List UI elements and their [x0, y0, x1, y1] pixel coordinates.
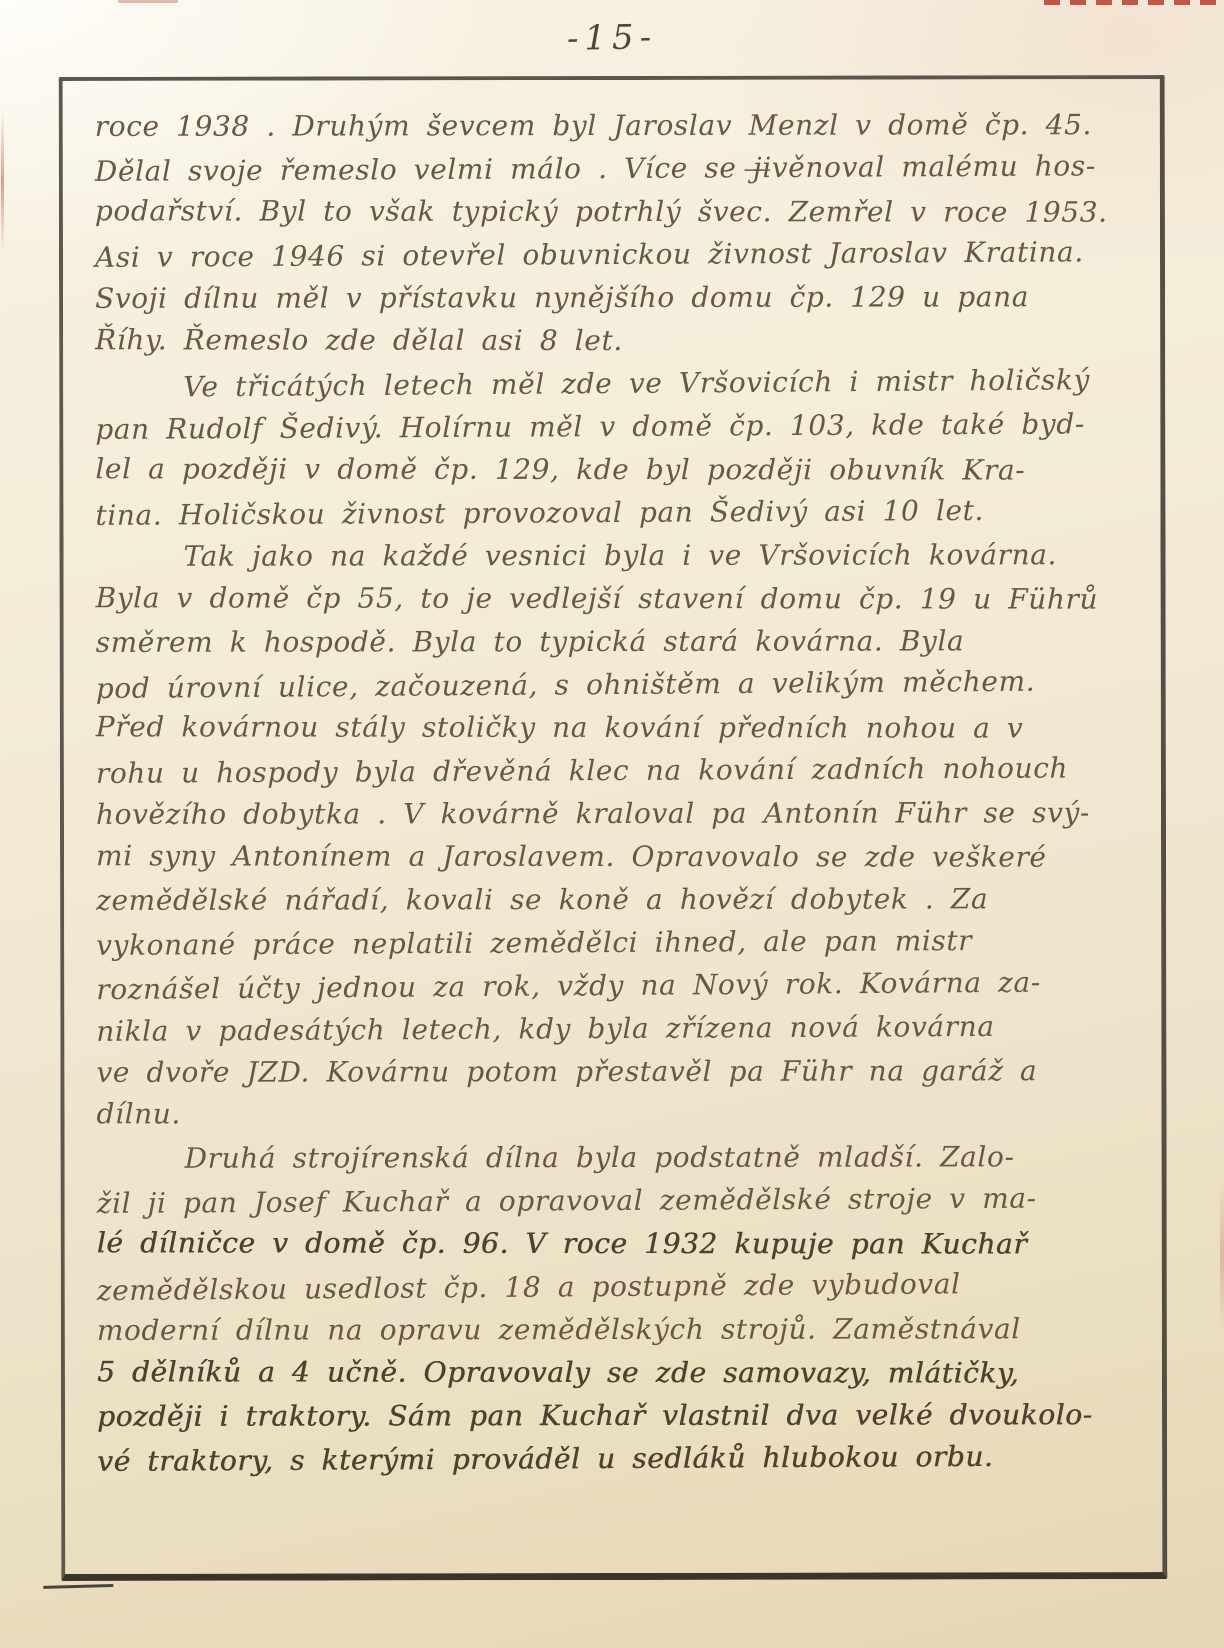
text-line: mi syny Antonínem a Jaroslavem. Opravova… — [96, 834, 1137, 878]
text-line: později i traktory. Sám pan Kuchař vlast… — [97, 1393, 1138, 1438]
page-number: -15- — [0, 7, 1224, 68]
text-line: vykonané práce neplatili zemědělci ihned… — [96, 918, 1137, 967]
text-line: pod úrovní ulice, začouzená, s ohništěm … — [96, 659, 1137, 710]
text-line: roce 1938 . Druhým ševcem byl Jaroslav M… — [95, 103, 1136, 148]
text-line: ve dvoře JZD. Kovárnu potom přestavěl pa… — [96, 1049, 1137, 1094]
page-frame-border: roce 1938 . Druhým ševcem byl Jaroslav M… — [59, 75, 1168, 1581]
red-edge-mark-top-right — [1044, 0, 1224, 5]
text-line: rohu u hospody byla dřevěná klec na ková… — [96, 746, 1137, 795]
text-line: vé traktory, s kterými prováděl u sedlák… — [97, 1434, 1138, 1483]
text-line: dílnu. — [96, 1092, 1137, 1136]
text-line: lel a později v domě čp. 129, kde byl po… — [95, 447, 1136, 491]
text-line: Ve třicátých letech měl zde ve Vršovicíc… — [95, 358, 1136, 409]
text-line: tina. Holičskou živnost provozoval pan Š… — [95, 488, 1136, 537]
text-line: Druhá strojírenská dílna byla podstatně … — [97, 1135, 1138, 1180]
text-line: lé dílničce v domě čp. 96. V roce 1932 k… — [97, 1221, 1138, 1265]
red-edge-mark-left — [1, 112, 4, 252]
text-line: Říhy. Řemeslo zde dělal asi 8 let. — [95, 318, 1136, 362]
text-line: nikla v padesátých letech, kdy byla zříz… — [96, 1004, 1137, 1053]
text-line: Svoji dílnu měl v přístavku nynějšího do… — [95, 275, 1136, 320]
text-line: pan Rudolf Šedivý. Holírnu měl v domě čp… — [95, 402, 1136, 451]
text-line: Před kovárnou stály stoličky na kování p… — [96, 705, 1137, 749]
text-line: Dělal svoje řemeslo velmi málo . Více se… — [95, 144, 1136, 193]
text-line: moderní dílnu na opravu zemědělských str… — [97, 1307, 1138, 1352]
text-line: Byla v domě čp 55, to je vedlejší staven… — [96, 576, 1137, 620]
red-edge-mark-top-left — [118, 0, 178, 3]
text-line: hovězího dobytka . V kovárně kraloval pa… — [96, 791, 1137, 836]
text-line: směrem k hospodě. Byla to typická stará … — [96, 619, 1137, 664]
text-line: Asi v roce 1946 si otevřel obuvnickou ži… — [95, 230, 1136, 279]
text-line: zemědělskou usedlost čp. 18 a postupně z… — [97, 1261, 1138, 1312]
text-line: podařství. Byl to však typický potrhlý š… — [95, 189, 1136, 233]
text-line: 5 dělníků a 4 učně. Opravovaly se zde sa… — [97, 1350, 1138, 1394]
red-edge-mark-right — [1220, 1180, 1224, 1330]
text-line: roznášel účty jednou za rok, vždy na Nov… — [96, 960, 1137, 1011]
text-line: zemědělské nářadí, kovali se koně a hově… — [96, 877, 1137, 922]
text-line: Tak jako na každé vesnici byla i ve Vršo… — [95, 533, 1136, 578]
text-line: žil ji pan Josef Kuchař a opravoval země… — [97, 1176, 1138, 1225]
text-lines: roce 1938 . Druhým ševcem byl Jaroslav M… — [63, 79, 1162, 1481]
